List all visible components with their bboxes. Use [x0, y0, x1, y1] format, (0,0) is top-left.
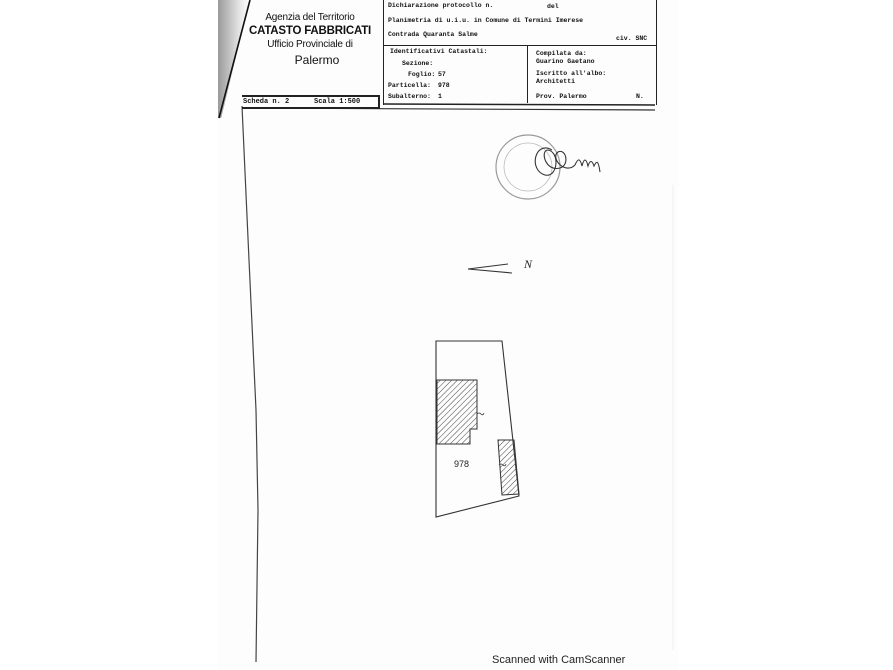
parcel-number: 978 — [454, 459, 469, 469]
building-main — [437, 380, 477, 444]
parcel-plan — [0, 0, 893, 670]
building-annex — [498, 440, 519, 495]
scanner-watermark: Scanned with CamScanner — [492, 654, 625, 666]
